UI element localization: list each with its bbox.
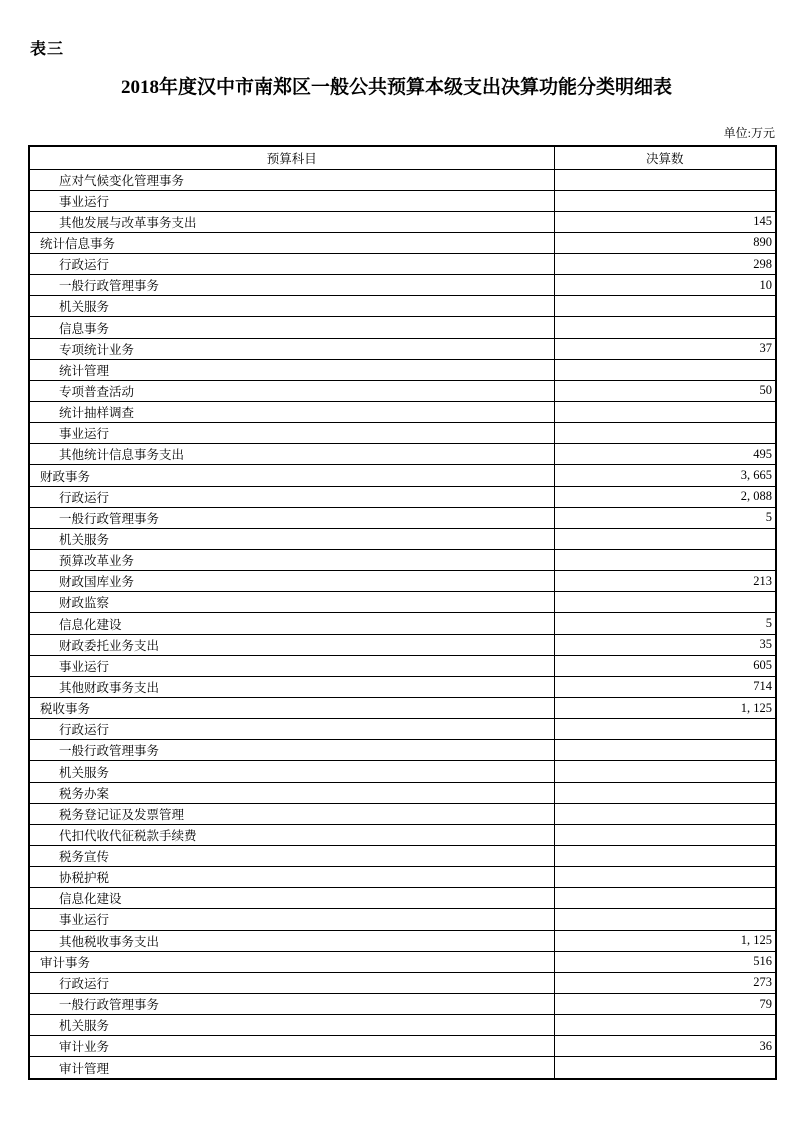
subject-cell: 信息事务 — [29, 317, 554, 338]
subject-cell: 专项普查活动 — [29, 380, 554, 401]
table-row: 一般行政管理事务 — [29, 740, 776, 761]
subject-cell: 统计信息事务 — [29, 232, 554, 253]
subject-cell: 机关服务 — [29, 761, 554, 782]
amount-cell — [554, 190, 776, 211]
amount-cell — [554, 782, 776, 803]
subject-cell: 税务宣传 — [29, 846, 554, 867]
subject-cell: 审计业务 — [29, 1036, 554, 1057]
subject-cell: 一般行政管理事务 — [29, 275, 554, 296]
table-row: 审计事务516 — [29, 951, 776, 972]
amount-cell: 37 — [554, 338, 776, 359]
table-row: 税务宣传 — [29, 846, 776, 867]
subject-cell: 行政运行 — [29, 972, 554, 993]
subject-cell: 协税护税 — [29, 867, 554, 888]
subject-cell: 财政委托业务支出 — [29, 634, 554, 655]
table-row: 行政运行298 — [29, 254, 776, 275]
subject-cell: 统计抽样调查 — [29, 402, 554, 423]
table-number-label: 表三 — [30, 36, 64, 59]
amount-cell — [554, 550, 776, 571]
subject-cell: 审计事务 — [29, 951, 554, 972]
subject-cell: 行政运行 — [29, 254, 554, 275]
table-row: 协税护税 — [29, 867, 776, 888]
table-row: 信息化建设5 — [29, 613, 776, 634]
table-row: 信息化建设 — [29, 888, 776, 909]
subject-cell: 统计管理 — [29, 359, 554, 380]
table-row: 其他财政事务支出714 — [29, 676, 776, 697]
amount-cell — [554, 402, 776, 423]
table-row: 税务登记证及发票管理 — [29, 803, 776, 824]
table-row: 信息事务 — [29, 317, 776, 338]
table-row: 行政运行 — [29, 719, 776, 740]
subject-cell: 其他税收事务支出 — [29, 930, 554, 951]
subject-cell: 其他财政事务支出 — [29, 676, 554, 697]
amount-cell: 605 — [554, 655, 776, 676]
table-row: 应对气候变化管理事务 — [29, 169, 776, 190]
amount-cell: 5 — [554, 507, 776, 528]
subject-cell: 信息化建设 — [29, 613, 554, 634]
amount-cell — [554, 867, 776, 888]
table-row: 其他统计信息事务支出495 — [29, 444, 776, 465]
table-row: 财政监察 — [29, 592, 776, 613]
document-page: 表三 2018年度汉中市南郑区一般公共预算本级支出决算功能分类明细表 单位:万元… — [0, 0, 793, 1122]
subject-cell: 行政运行 — [29, 719, 554, 740]
table-row: 机关服务 — [29, 296, 776, 317]
unit-note: 单位:万元 — [724, 124, 775, 141]
subject-cell: 税务办案 — [29, 782, 554, 803]
subject-cell: 行政运行 — [29, 486, 554, 507]
amount-cell — [554, 719, 776, 740]
table-row: 财政委托业务支出35 — [29, 634, 776, 655]
table-row: 事业运行 — [29, 190, 776, 211]
amount-cell: 516 — [554, 951, 776, 972]
table-body: 应对气候变化管理事务事业运行其他发展与改革事务支出145统计信息事务890行政运… — [29, 169, 776, 1079]
amount-cell — [554, 359, 776, 380]
amount-cell: 79 — [554, 993, 776, 1014]
table-row: 事业运行 — [29, 909, 776, 930]
amount-cell: 10 — [554, 275, 776, 296]
table-row: 事业运行 — [29, 423, 776, 444]
amount-cell: 5 — [554, 613, 776, 634]
column-header-subject: 预算科目 — [29, 146, 554, 169]
table-row: 机关服务 — [29, 528, 776, 549]
subject-cell: 代扣代收代征税款手续费 — [29, 824, 554, 845]
column-header-amount: 决算数 — [554, 146, 776, 169]
amount-cell: 36 — [554, 1036, 776, 1057]
amount-cell — [554, 824, 776, 845]
amount-cell — [554, 423, 776, 444]
amount-cell: 1, 125 — [554, 698, 776, 719]
table-row: 税务办案 — [29, 782, 776, 803]
subject-cell: 一般行政管理事务 — [29, 993, 554, 1014]
subject-cell: 机关服务 — [29, 296, 554, 317]
table-row: 一般行政管理事务10 — [29, 275, 776, 296]
amount-cell: 50 — [554, 380, 776, 401]
table-row: 机关服务 — [29, 1015, 776, 1036]
table-row: 审计业务36 — [29, 1036, 776, 1057]
subject-cell: 事业运行 — [29, 423, 554, 444]
amount-cell — [554, 317, 776, 338]
amount-cell: 3, 665 — [554, 465, 776, 486]
amount-cell: 890 — [554, 232, 776, 253]
table-row: 行政运行273 — [29, 972, 776, 993]
amount-cell — [554, 592, 776, 613]
amount-cell — [554, 740, 776, 761]
subject-cell: 专项统计业务 — [29, 338, 554, 359]
table-row: 税收事务1, 125 — [29, 698, 776, 719]
subject-cell: 审计管理 — [29, 1057, 554, 1079]
table-row: 专项普查活动50 — [29, 380, 776, 401]
table-row: 统计抽样调查 — [29, 402, 776, 423]
amount-cell — [554, 1015, 776, 1036]
amount-cell — [554, 169, 776, 190]
subject-cell: 信息化建设 — [29, 888, 554, 909]
amount-cell: 145 — [554, 211, 776, 232]
amount-cell: 298 — [554, 254, 776, 275]
amount-cell: 1, 125 — [554, 930, 776, 951]
subject-cell: 预算改革业务 — [29, 550, 554, 571]
amount-cell: 273 — [554, 972, 776, 993]
subject-cell: 财政国库业务 — [29, 571, 554, 592]
amount-cell — [554, 296, 776, 317]
table-row: 预算改革业务 — [29, 550, 776, 571]
amount-cell: 2, 088 — [554, 486, 776, 507]
subject-cell: 财政监察 — [29, 592, 554, 613]
amount-cell — [554, 909, 776, 930]
subject-cell: 机关服务 — [29, 1015, 554, 1036]
subject-cell: 一般行政管理事务 — [29, 740, 554, 761]
subject-cell: 事业运行 — [29, 190, 554, 211]
table-row: 一般行政管理事务5 — [29, 507, 776, 528]
amount-cell — [554, 528, 776, 549]
table-row: 财政国库业务213 — [29, 571, 776, 592]
table-row: 统计管理 — [29, 359, 776, 380]
amount-cell — [554, 1057, 776, 1079]
table-header-row: 预算科目 决算数 — [29, 146, 776, 169]
table-row: 统计信息事务890 — [29, 232, 776, 253]
table-row: 代扣代收代征税款手续费 — [29, 824, 776, 845]
amount-cell — [554, 846, 776, 867]
table-row: 行政运行2, 088 — [29, 486, 776, 507]
table-row: 财政事务3, 665 — [29, 465, 776, 486]
budget-table: 预算科目 决算数 应对气候变化管理事务事业运行其他发展与改革事务支出145统计信… — [28, 145, 777, 1080]
subject-cell: 税务登记证及发票管理 — [29, 803, 554, 824]
table-row: 机关服务 — [29, 761, 776, 782]
amount-cell: 213 — [554, 571, 776, 592]
amount-cell — [554, 761, 776, 782]
page-title: 2018年度汉中市南郑区一般公共预算本级支出决算功能分类明细表 — [0, 72, 793, 99]
subject-cell: 财政事务 — [29, 465, 554, 486]
amount-cell — [554, 803, 776, 824]
amount-cell — [554, 888, 776, 909]
subject-cell: 一般行政管理事务 — [29, 507, 554, 528]
table-row: 事业运行605 — [29, 655, 776, 676]
amount-cell: 35 — [554, 634, 776, 655]
amount-cell: 714 — [554, 676, 776, 697]
amount-cell: 495 — [554, 444, 776, 465]
table-row: 专项统计业务37 — [29, 338, 776, 359]
subject-cell: 事业运行 — [29, 909, 554, 930]
table-row: 一般行政管理事务79 — [29, 993, 776, 1014]
subject-cell: 机关服务 — [29, 528, 554, 549]
subject-cell: 其他统计信息事务支出 — [29, 444, 554, 465]
table-row: 其他税收事务支出1, 125 — [29, 930, 776, 951]
subject-cell: 应对气候变化管理事务 — [29, 169, 554, 190]
table-row: 其他发展与改革事务支出145 — [29, 211, 776, 232]
subject-cell: 其他发展与改革事务支出 — [29, 211, 554, 232]
subject-cell: 税收事务 — [29, 698, 554, 719]
subject-cell: 事业运行 — [29, 655, 554, 676]
table-row: 审计管理 — [29, 1057, 776, 1079]
